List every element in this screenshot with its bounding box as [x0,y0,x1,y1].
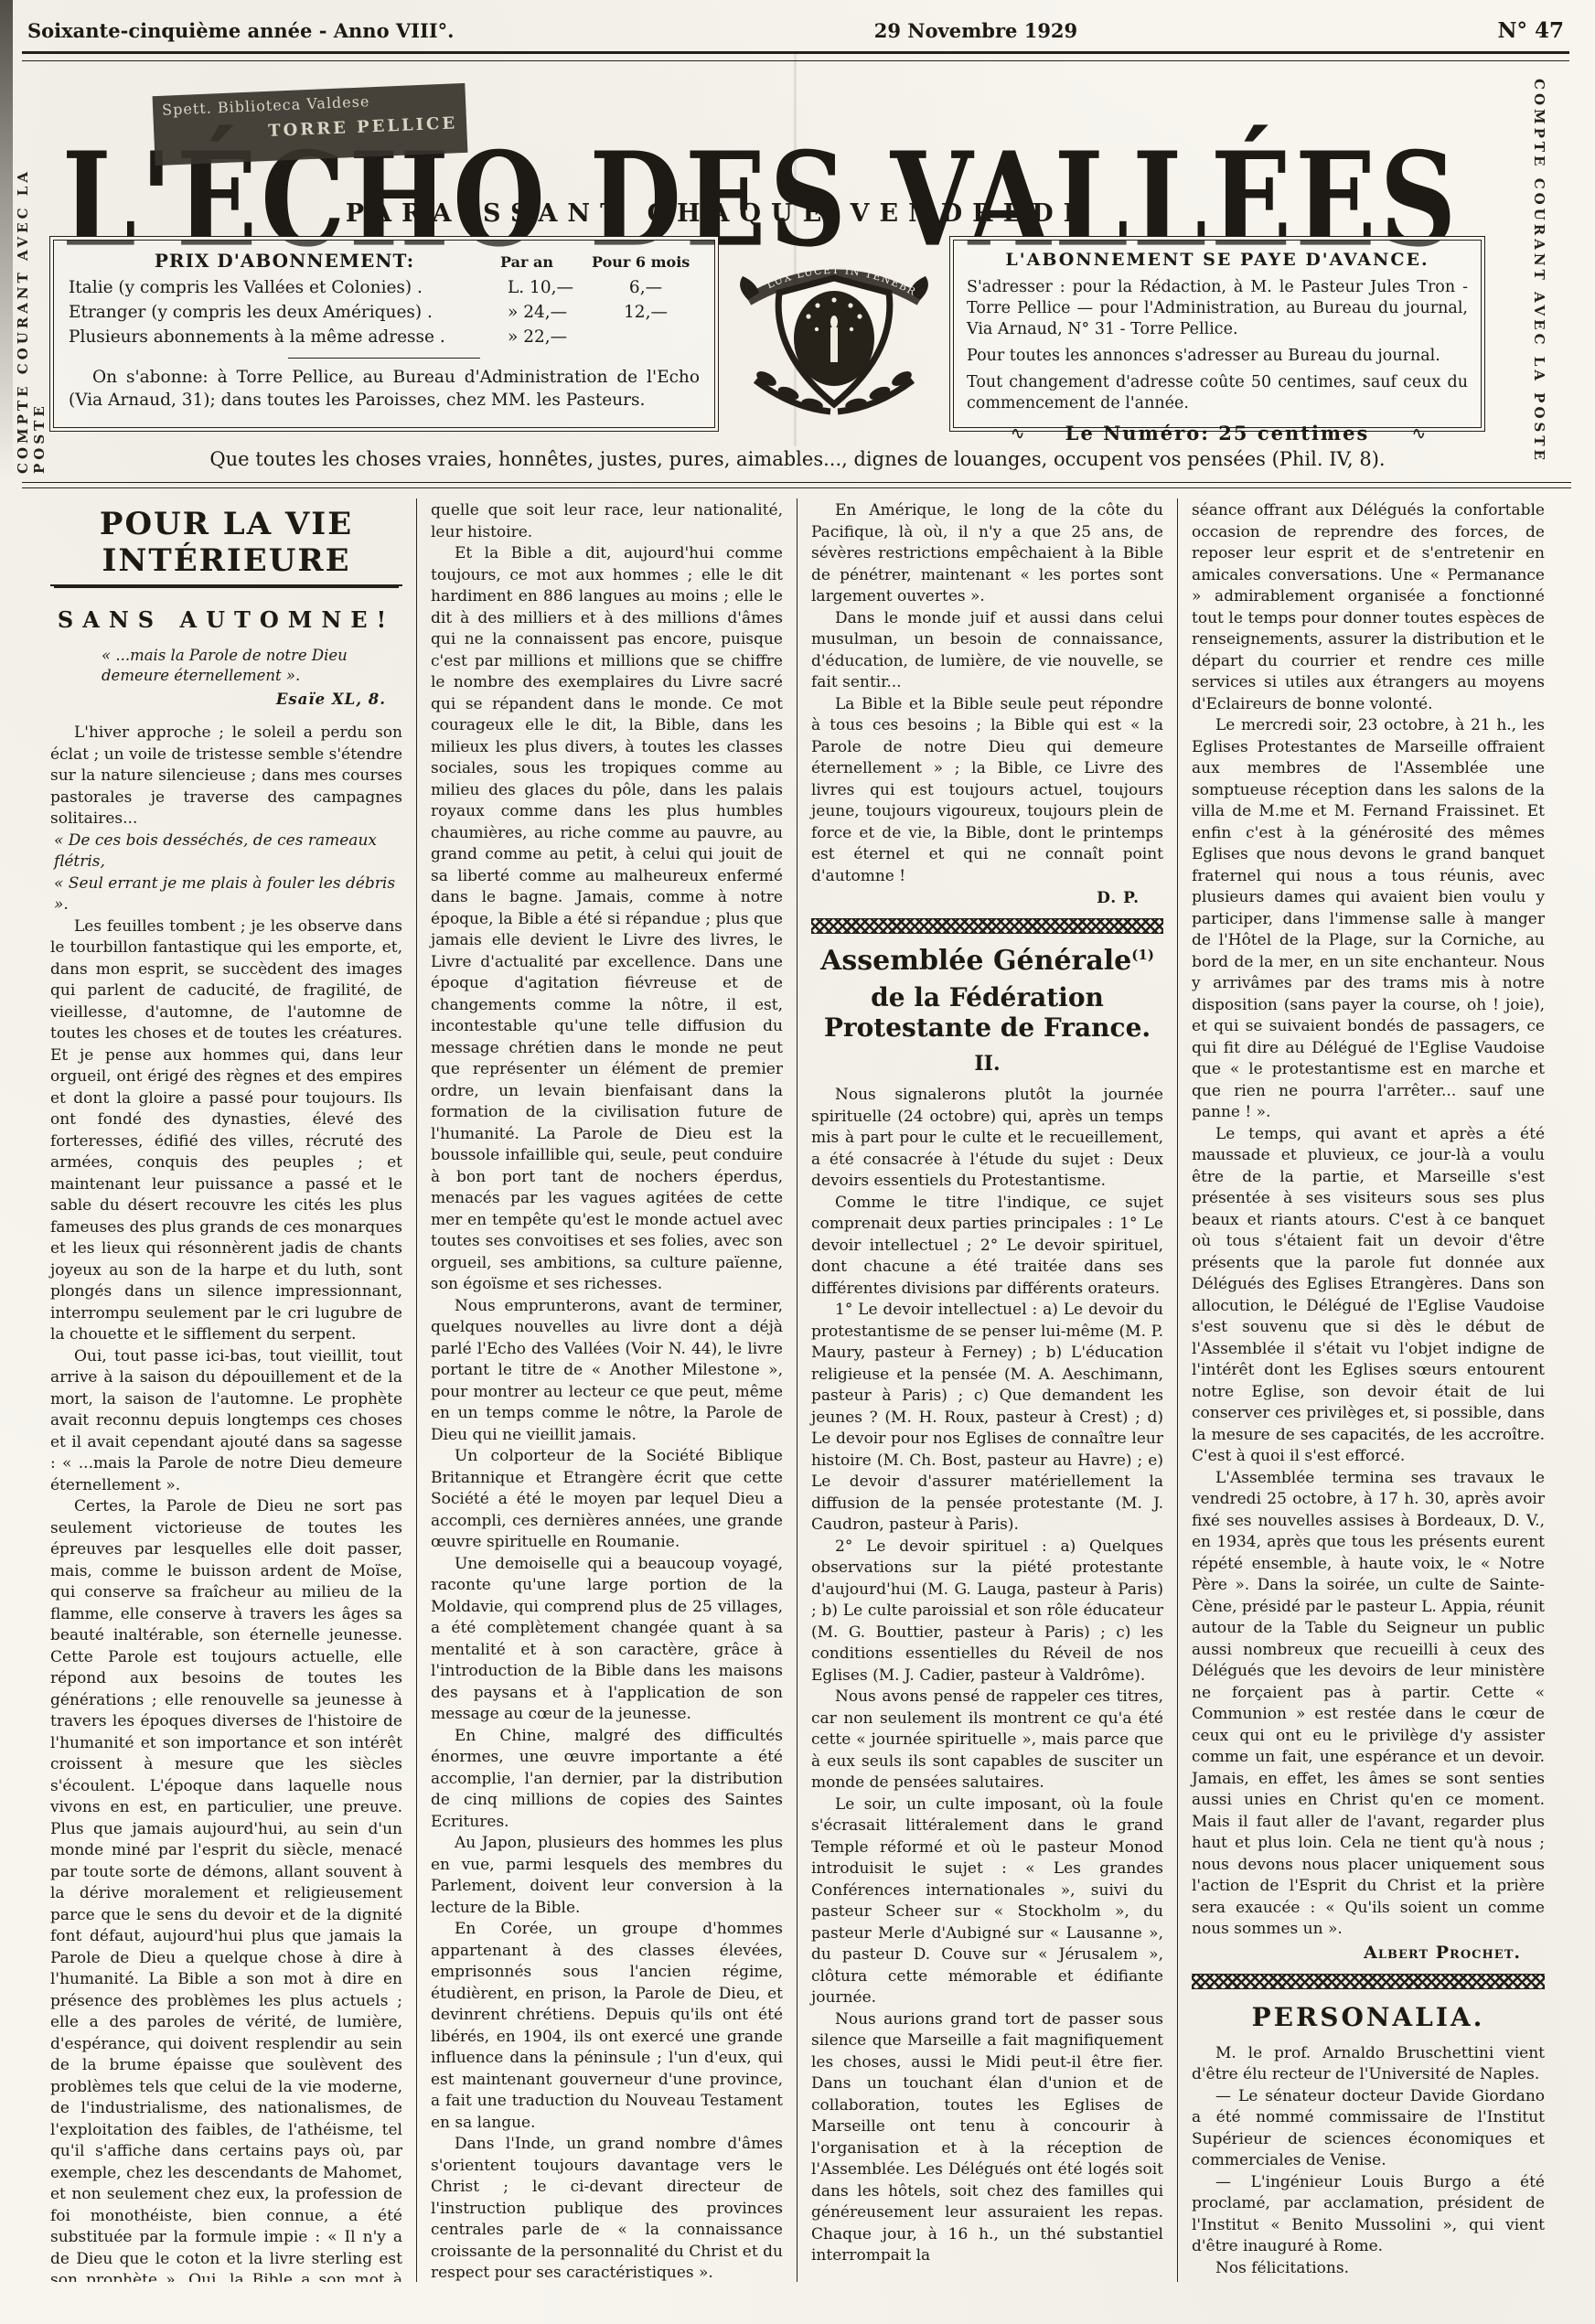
article1-headline: SANS AUTOMNE! [50,606,402,633]
article1-signature: D. P. [811,889,1140,907]
article1-col1-text: L'hiver approche ; le soleil a perdu son… [50,723,402,2282]
stamp-line1: Spett. Biblioteca Valdese [162,89,457,118]
header-rule [22,51,1569,61]
issue-date: 29 Novembre 1929 [454,19,1497,42]
price-cell: Plusieurs abonnements à la même adresse … [69,325,500,349]
waldensian-emblem: LUX LUCET IN TENEBRIS [728,243,940,432]
publication-frequency: PARAISSANT CHAQUE VENDREDI [0,199,1430,228]
personalia-title: PERSONALIA. [1192,2002,1545,2032]
paragraph: Nous avons pensé de rappeler ces titres,… [811,1687,1163,1794]
issue-price: Le Numéro: 25 centimes [1065,422,1370,444]
price-table-rows: Italie (y compris les Vallées et Colonie… [69,275,700,349]
paragraph: « De ces bois desséchés, de ces rameaux … [50,830,402,873]
paragraph: Certes, la Parole de Dieu ne sort pas se… [50,1496,402,2282]
price-table-row: Plusieurs abonnements à la même adresse … [69,325,700,349]
payment-box-title: L'ABONNEMENT SE PAYE D'AVANCE. [967,250,1468,270]
issue-price-line: ∿ Le Numéro: 25 centimes ∿ [967,422,1468,444]
paragraph: Au Japon, plusieurs des hommes les plus … [431,1833,783,1919]
price-cell: » 22,— [500,325,592,349]
paragraph: Tout changement d'adresse coûte 50 centi… [967,372,1468,414]
paragraph: La Bible et la Bible seule peut répondre… [811,694,1163,888]
payment-box-lines: S'adresser : pour la Rédaction, à M. le … [967,277,1468,414]
paragraph: Le mercredi soir, 23 octobre, à 21 h., l… [1192,715,1545,1124]
paragraph: Dans l'Inde, un grand nombre d'âmes s'or… [431,2134,783,2282]
article2-footnote-mark: (1) [1131,947,1154,963]
column-2: quelle que soit leur race, leur national… [417,498,797,2282]
paragraph: S'adresser : pour la Rédaction, à M. le … [967,277,1468,340]
epigraph-reference: Esaïe XL, 8. [102,690,402,710]
personalia-text: M. le prof. Arnaldo Bruschettini vient d… [1192,2043,1545,2280]
paragraph: 2° Le devoir spirituel : a) Quelques obs… [811,1537,1163,1687]
stamp-line2: TORRE PELLICE [163,113,458,145]
price-cell: L. 10,— [500,275,592,300]
paragraph: — Le sénateur docteur Davide Giordano a … [1192,2086,1545,2172]
price-cell: Italie (y compris les Vallées et Colonie… [69,275,500,300]
ornament-divider [811,918,1163,934]
paragraph: En Amérique, le long de la côte du Pacif… [811,500,1163,608]
paragraph: Nos félicitations. [1192,2258,1545,2280]
side-note-right: COMPTE COURANT AVEC LA POSTE [1531,79,1547,472]
col-per-year: Par an [500,253,592,271]
article1-section-title: POUR LA VIE INTÉRIEURE [50,506,402,586]
paragraph: L'Assemblée termina ses travaux le vendr… [1192,1468,1545,1941]
paragraph: séance offrant aux Délégués la confortab… [1192,500,1545,715]
price-table-row: Etranger (y compris les deux Amériques) … [69,300,700,325]
article2-signature: Albert Prochet. [1192,1943,1521,1963]
column-1: POUR LA VIE INTÉRIEURE SANS AUTOMNE! « .… [37,498,417,2282]
paragraph: Nous aurions grand tort de passer sous s… [811,2009,1163,2267]
article2-heading: Assemblée Générale(1) de la Fédération P… [811,945,1163,1076]
article1-title-wrap: POUR LA VIE INTÉRIEURE [50,506,402,586]
paragraph: Et la Bible a dit, aujourd'hui comme tou… [431,543,783,1296]
paragraph: 1° Le devoir intellectuel : a) Le devoir… [811,1300,1163,1537]
paragraph: En Chine, malgré des difficultés énormes… [431,1726,783,1834]
newspaper-page: COMPTE COURANT AVEC LA POSTE COMPTE COUR… [0,0,1595,2324]
payment-box: L'ABONNEMENT SE PAYE D'AVANCE. S'adresse… [953,240,1482,428]
column-4: séance offrant aux Délégués la confortab… [1178,498,1558,2282]
price-cell: 6,— [592,275,700,300]
scripture-motto: Que toutes les choses vraies, honnêtes, … [55,448,1540,470]
article2-col3-text: Nous signalerons plutôt la journée spiri… [811,1085,1163,2267]
scan-edge-artifact [0,0,13,476]
article1-col3-text: En Amérique, le long de la côte du Pacif… [811,500,1163,887]
article2-part-number: II. [811,1052,1163,1076]
paragraph: « Seul errant je me plais à fouler les d… [50,873,402,916]
paragraph: quelle que soit leur race, leur national… [431,500,783,543]
subscription-note: On s'abonne: à Torre Pellice, au Bureau … [69,366,700,412]
article2-title: Assemblée Générale(1) [811,945,1163,977]
article2-col4-text: séance offrant aux Délégués la confortab… [1192,500,1545,1941]
paragraph: Une demoiselle qui a beaucoup voyagé, ra… [431,1554,783,1726]
divider-rule [288,358,480,359]
squiggle-ornament: ∿ [1011,423,1023,444]
paragraph: Les feuilles tombent ; je les observe da… [50,916,402,1346]
column-3: En Amérique, le long de la côte du Pacif… [797,498,1178,2282]
price-table-row: Italie (y compris les Vallées et Colonie… [69,275,700,300]
paragraph: Comme le titre l'indique, ce sujet compr… [811,1193,1163,1301]
price-cell: 12,— [592,300,700,325]
paragraph: L'hiver approche ; le soleil a perdu son… [50,723,402,830]
paragraph: — L'ingénieur Louis Burgo a été proclamé… [1192,2172,1545,2258]
subscription-box: PRIX D'ABONNEMENT: Par an Pour 6 mois It… [53,240,715,428]
article2-title-line2: de la Fédération Protestante de France. [811,982,1163,1043]
price-table-header: PRIX D'ABONNEMENT: Par an Pour 6 mois [69,250,700,272]
dateline: Soixante-cinquième année - Anno VIII°. 2… [27,18,1564,43]
article1-col2-text: quelle que soit leur race, leur national… [431,500,783,2282]
paragraph: M. le prof. Arnaldo Bruschettini vient d… [1192,2043,1545,2086]
paragraph: Le soir, un culte imposant, où la foule … [811,1794,1163,2009]
paragraph: Oui, tout passe ici-bas, tout vieillit, … [50,1346,402,1497]
price-cell: » 24,— [500,300,592,325]
paragraph: Pour toutes les annonces s'adresser au B… [967,346,1468,367]
paragraph: Nous signalerons plutôt la journée spiri… [811,1085,1163,1193]
paragraph: Le temps, qui avant et après a été mauss… [1192,1124,1545,1468]
paragraph: Un colporteur de la Société Biblique Bri… [431,1446,783,1554]
paragraph: Nous emprunterons, avant de terminer, qu… [431,1296,783,1447]
section-rule [22,482,1571,488]
price-table-title: PRIX D'ABONNEMENT: [69,250,500,272]
price-cell: Etranger (y compris les deux Amériques) … [69,300,500,325]
edition-info: Soixante-cinquième année - Anno VIII°. [27,19,454,42]
article-columns: POUR LA VIE INTÉRIEURE SANS AUTOMNE! « .… [37,498,1558,2282]
article2-title-text: Assemblée Générale [820,945,1131,977]
squiggle-ornament: ∿ [1411,423,1424,444]
library-stamp: Spett. Biblioteca Valdese TORRE PELLICE [153,83,468,166]
paragraph: En Corée, un groupe d'hommes appartenant… [431,1919,783,2134]
paragraph: Dans le monde juif et aussi dans celui m… [811,608,1163,694]
epigraph-quote: « ...mais la Parole de notre Dieu demeur… [102,646,402,686]
article1-epigraph: « ...mais la Parole de notre Dieu demeur… [102,646,402,710]
footnote: (1) Voir numéro précédent. [811,2282,1163,2283]
ornament-divider [1192,1974,1545,1989]
issue-number: N° 47 [1497,18,1564,43]
col-six-months: Pour 6 mois [592,253,700,271]
